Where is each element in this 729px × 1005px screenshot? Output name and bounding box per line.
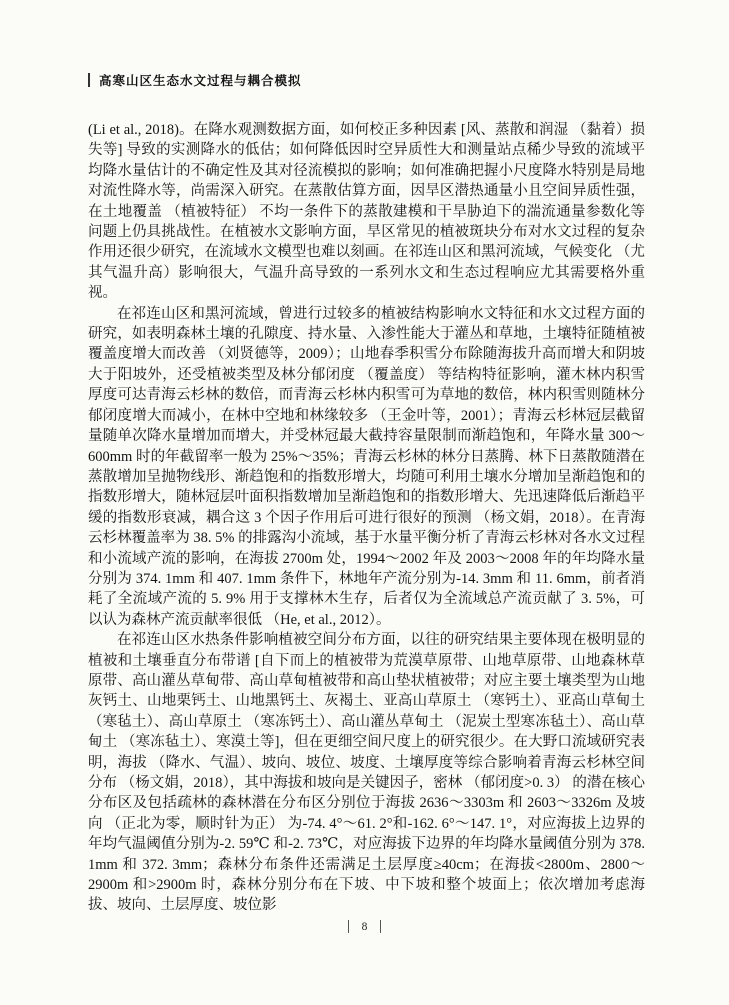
paragraph-1: (Li et al., 2018)。在降水观测数据方面，如何校正多种因素 [风、… [88, 120, 645, 304]
footer-bar-right-icon [380, 920, 381, 933]
paragraph-3: 在祁连山区水热条件影响植被空间分布方面，以往的研究结果主要体现在极明显的植被和土… [88, 630, 645, 916]
header-divider-bar-icon [88, 73, 90, 87]
page-number: 8 [362, 921, 368, 933]
page-footer: 8 [0, 920, 729, 933]
footer-bar-left-icon [348, 920, 349, 933]
header-title: 高寒山区生态水文过程与耦合模拟 [99, 71, 302, 89]
paragraph-2: 在祁连山区和黑河流域，曾进行过较多的植被结构影响水文特征和水文过程方面的研究，如… [88, 304, 645, 631]
running-header: 高寒山区生态水文过程与耦合模拟 [88, 71, 302, 89]
page-body: (Li et al., 2018)。在降水观测数据方面，如何校正多种因素 [风、… [88, 120, 645, 916]
book-page: 高寒山区生态水文过程与耦合模拟 (Li et al., 2018)。在降水观测数… [0, 0, 729, 1005]
